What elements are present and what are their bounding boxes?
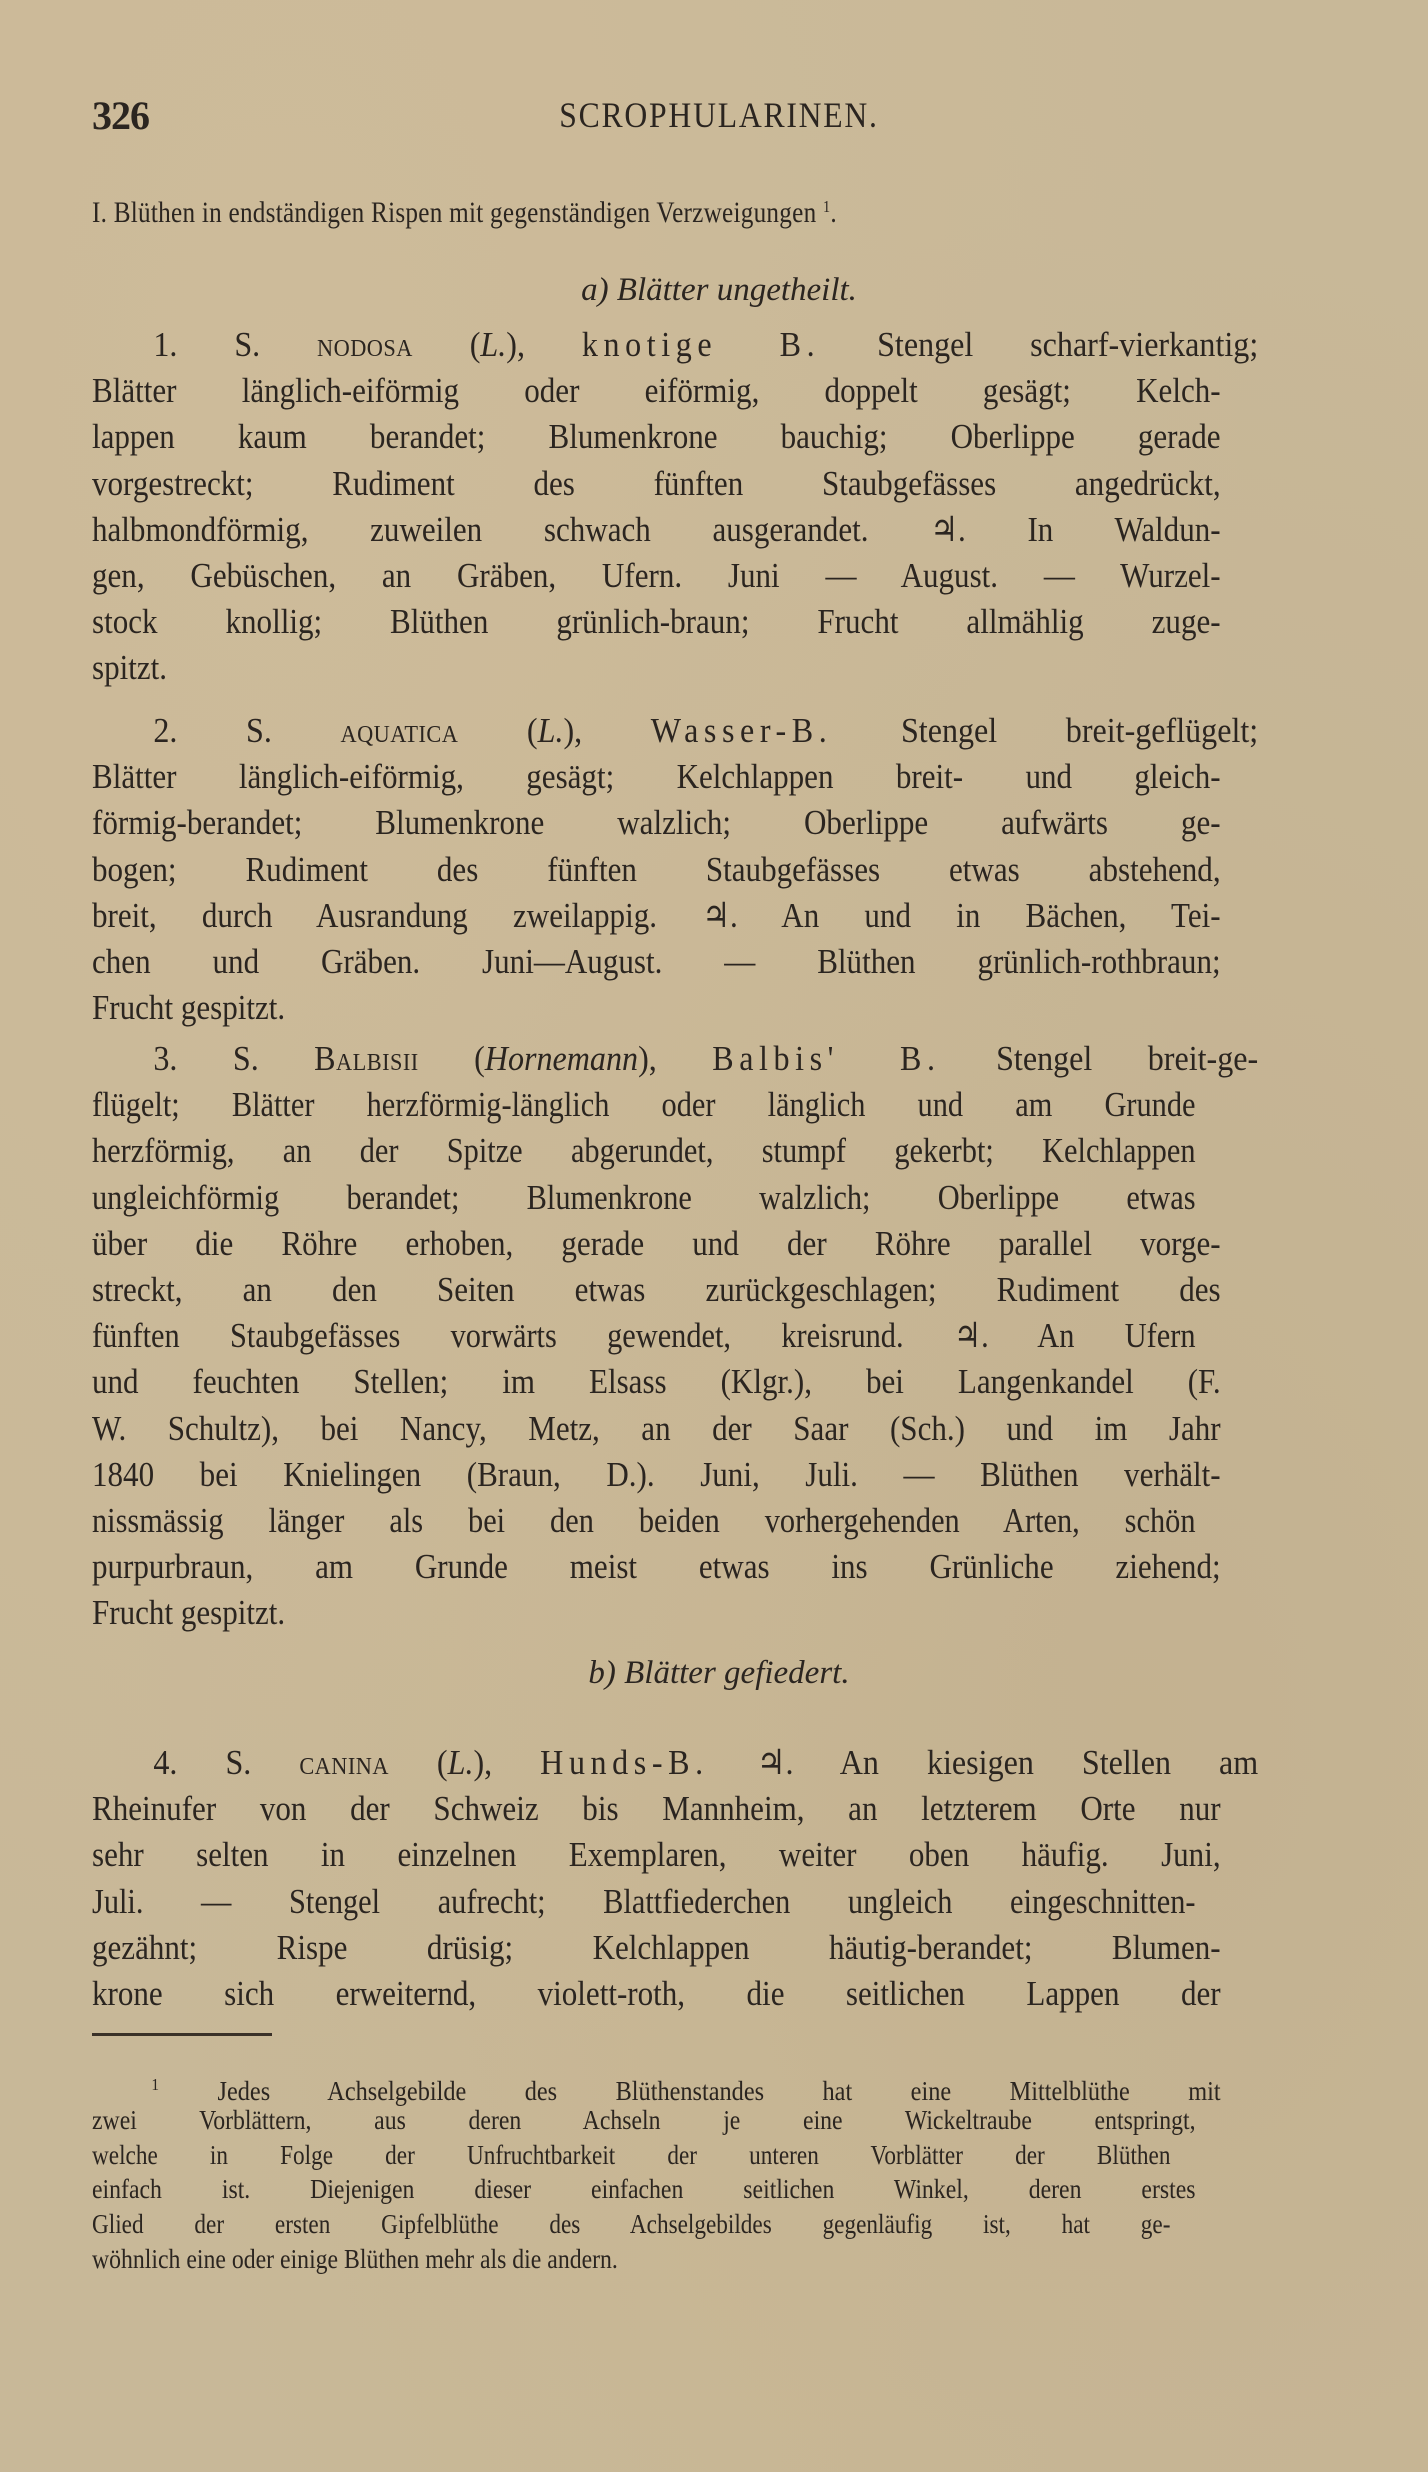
text-line: chen und Gräben. Juni—August. — Blüthen …: [92, 939, 1221, 985]
species-epithet: nodosa: [317, 326, 413, 364]
species-genus: S.: [233, 1040, 259, 1078]
species-authority: L.: [538, 712, 564, 750]
text-line: gezähnt; Rispe drüsig; Kelchlappen häuti…: [92, 1925, 1221, 1971]
footnote-line: zwei Vorblättern, aus deren Achseln je e…: [92, 2103, 1196, 2138]
text-line: förmig-berandet; Blumenkrone walzlich; O…: [92, 800, 1221, 846]
footnote-mark: 1: [151, 2075, 159, 2094]
species-genus: S.: [246, 712, 272, 750]
species-common-name: Balbis' B.: [712, 1040, 940, 1078]
running-head: 326 SCROPHULARINEN.: [92, 92, 1346, 142]
section-heading-end: .: [830, 196, 837, 229]
species-entry-3: 3. S. Balbisii (Hornemann), Balbis' B. S…: [92, 1036, 1346, 1636]
text-line: Stengel scharf-vierkantig;: [877, 326, 1258, 364]
text-line: Rheinufer von der Schweiz bis Mannheim, …: [92, 1786, 1221, 1832]
footnote-line: Jedes Achselgebilde des Blüthenstandes h…: [218, 2076, 1221, 2106]
text-line: vorgestreckt; Rudiment des fünften Staub…: [92, 461, 1221, 507]
text-line: Blätter länglich-eiförmig, gesägt; Kelch…: [92, 754, 1221, 800]
species-common-name: knotige B.: [582, 326, 820, 364]
footnote-line: wöhnlich eine oder einige Blüthen mehr a…: [92, 2242, 1196, 2277]
species-2-first-line: 2. S. aquatica (L.), Wasser-B. Stengel b…: [92, 708, 1258, 754]
text-line: halbmondförmig, zuweilen schwach ausgera…: [92, 507, 1221, 553]
text-line: gen, Gebüschen, an Gräben, Ufern. Juni —…: [92, 553, 1221, 599]
text-line: breit, durch Ausrandung zweilappig. ♃. A…: [92, 893, 1221, 939]
text-line: spitzt.: [92, 645, 1221, 691]
footnote: 1 Jedes Achselgebilde des Blüthenstandes…: [92, 2068, 1346, 2277]
species-genus: S.: [225, 1744, 251, 1782]
species-authority: Hornemann: [485, 1040, 638, 1078]
species-common-name: Wasser-B.: [651, 712, 833, 750]
species-epithet: Balbisii: [314, 1040, 418, 1078]
text-line: nissmässig länger als bei den beiden vor…: [92, 1498, 1196, 1544]
text-line: bogen; Rudiment des fünften Staubgefässe…: [92, 847, 1221, 893]
text-line: ♃. An kiesigen Stellen am: [757, 1744, 1258, 1782]
species-genus: S.: [234, 326, 260, 364]
footnote-line: einfach ist. Diejenigen dieser einfachen…: [92, 2172, 1196, 2207]
text-line: und feuchten Stellen; im Elsass (Klgr.),…: [92, 1359, 1221, 1405]
footnote-divider: [92, 2033, 272, 2036]
species-number: 3.: [153, 1040, 177, 1078]
species-number: 2.: [153, 712, 177, 750]
species-authority: L.: [480, 326, 506, 364]
species-authority: L.: [448, 1744, 474, 1782]
species-entry-2: 2. S. aquatica (L.), Wasser-B. Stengel b…: [92, 708, 1346, 1031]
text-line: sehr selten in einzelnen Exemplaren, wei…: [92, 1832, 1221, 1878]
species-epithet: canina: [299, 1744, 389, 1782]
text-line: Frucht gespitzt.: [92, 1590, 1221, 1636]
text-line: ungleichförmig berandet; Blumenkrone wal…: [92, 1175, 1196, 1221]
page-number: 326: [92, 92, 149, 139]
section-heading-I: I. Blüthen in endständigen Rispen mit ge…: [92, 196, 1145, 230]
footnote-first-line: 1 Jedes Achselgebilde des Blüthenstandes…: [92, 2068, 1221, 2103]
footnote-reference: 1: [823, 197, 830, 216]
subsection-heading-a: a) Blätter ungetheilt.: [92, 272, 1346, 309]
species-common-name: Hunds-B.: [540, 1744, 709, 1782]
species-entry-4: 4. S. canina (L.), Hunds-B. ♃. An kiesig…: [92, 1740, 1346, 2017]
species-3-first-line: 3. S. Balbisii (Hornemann), Balbis' B. S…: [92, 1036, 1258, 1082]
text-line: streckt, an den Seiten etwas zurückgesch…: [92, 1267, 1221, 1313]
text-line: Frucht gespitzt.: [92, 985, 1221, 1031]
species-epithet: aquatica: [341, 712, 459, 750]
species-1-first-line: 1. S. nodosa (L.), knotige B. Stengel sc…: [92, 322, 1258, 368]
text-line: stock knollig; Blüthen grünlich-braun; F…: [92, 599, 1221, 645]
subsection-heading-b: b) Blätter gefiedert.: [92, 1655, 1346, 1692]
text-line: 1840 bei Knielingen (Braun, D.). Juni, J…: [92, 1452, 1221, 1498]
text-line: lappen kaum berandet; Blumenkrone bauchi…: [92, 414, 1221, 460]
text-line: Juli. — Stengel aufrecht; Blattfiederche…: [92, 1879, 1196, 1925]
text-line: über die Röhre erhoben, gerade und der R…: [92, 1221, 1221, 1267]
text-line: purpurbraun, am Grunde meist etwas ins G…: [92, 1544, 1221, 1590]
species-number: 1.: [153, 326, 177, 364]
text-line: W. Schultz), bei Nancy, Metz, an der Saa…: [92, 1406, 1221, 1452]
species-4-first-line: 4. S. canina (L.), Hunds-B. ♃. An kiesig…: [92, 1740, 1258, 1786]
text-line: Stengel breit-ge-: [996, 1040, 1258, 1078]
text-line: herzförmig, an der Spitze abgerundet, st…: [92, 1128, 1196, 1174]
running-title: SCROPHULARINEN.: [167, 94, 1271, 136]
footnote-line: Glied der ersten Gipfelblüthe des Achsel…: [92, 2207, 1170, 2242]
section-heading-text: I. Blüthen in endständigen Rispen mit ge…: [92, 196, 816, 229]
species-number: 4.: [153, 1744, 177, 1782]
text-line: Stengel breit-geflügelt;: [901, 712, 1258, 750]
footnote-line: welche in Folge der Unfruchtbarkeit der …: [92, 2138, 1170, 2173]
text-line: fünften Staubgefässes vorwärts gewendet,…: [92, 1313, 1196, 1359]
text-line: Blätter länglich-eiförmig oder eiförmig,…: [92, 368, 1221, 414]
text-line: flügelt; Blätter herzförmig-länglich ode…: [92, 1082, 1196, 1128]
text-line: krone sich erweiternd, violett-roth, die…: [92, 1971, 1221, 2017]
species-entry-1: 1. S. nodosa (L.), knotige B. Stengel sc…: [92, 322, 1346, 692]
